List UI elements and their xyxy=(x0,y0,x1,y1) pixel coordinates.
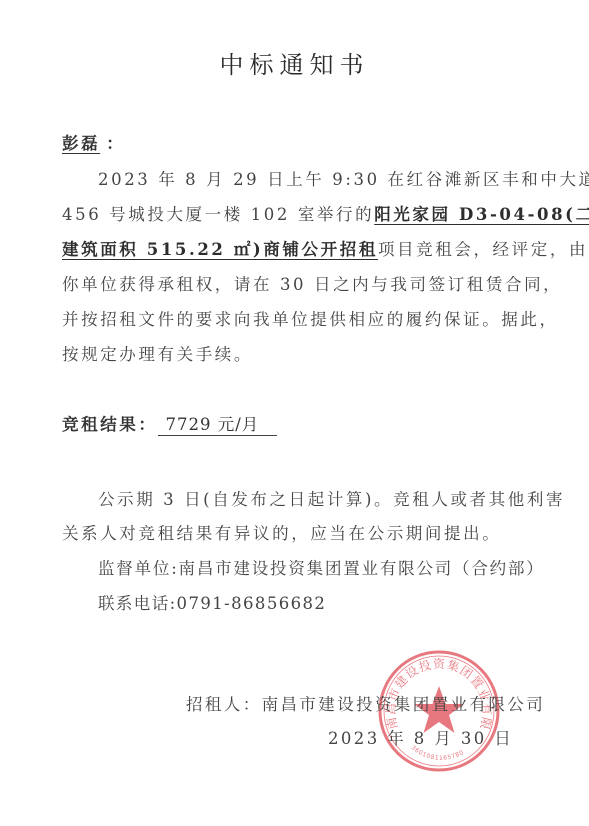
bid-result-label: 竞租结果： xyxy=(62,415,158,434)
recipient-colon: ： xyxy=(106,134,125,153)
property-name: 阳光家园 D3-04-08(二层， xyxy=(374,205,589,224)
body-line-2: 456 号城投大厦一楼 102 室举行的阳光家园 D3-04-08(二层， xyxy=(62,201,589,225)
property-area: 建筑面积 515.22 ㎡)商铺公开招租 xyxy=(62,240,378,259)
supervisor-unit: 监督单位:南昌市建设投资集团置业有限公司（合约部） xyxy=(98,555,545,579)
body-line-3-plain: 项目竞租会，经评定，由 xyxy=(378,240,588,259)
bid-result: 竞租结果：7729 元/月 xyxy=(62,411,277,436)
body-line-3: 建筑面积 515.22 ㎡)商铺公开招租项目竞租会，经评定，由 xyxy=(62,236,588,260)
body-line-2-plain: 456 号城投大厦一楼 102 室举行的 xyxy=(62,205,374,224)
lessor-signature: 招租人：南昌市建设投资集团置业有限公司 xyxy=(186,691,545,715)
document-title: 中标通知书 xyxy=(0,45,589,80)
contact-phone: 联系电话:0791-86856682 xyxy=(98,590,326,614)
body-line-1: 2023 年 8 月 29 日上午 9:30 在红谷滩新区丰和中大道 xyxy=(98,166,589,190)
notice-line-2: 关系人对竞租结果有异议的，应当在公示期间提出。 xyxy=(62,520,501,544)
notice-line-1: 公示期 3 日(自发布之日起计算)。竞租人或者其他利害 xyxy=(98,486,565,510)
signature-date: 2023 年 8 月 30 日 xyxy=(328,725,513,749)
bid-result-value: 7729 元/月 xyxy=(158,411,278,436)
document-page: 中标通知书 彭磊： 2023 年 8 月 29 日上午 9:30 在红谷滩新区丰… xyxy=(0,0,589,826)
body-line-4: 你单位获得承租权，请在 30 日之内与我司签订租赁合同， xyxy=(62,271,562,295)
recipient-name: 彭磊 xyxy=(62,134,106,153)
body-line-6: 按规定办理有关手续。 xyxy=(62,341,253,365)
recipient-salutation: 彭磊： xyxy=(62,130,125,154)
body-line-5: 并按招租文件的要求向我单位提供相应的履约保证。据此， xyxy=(62,306,559,330)
